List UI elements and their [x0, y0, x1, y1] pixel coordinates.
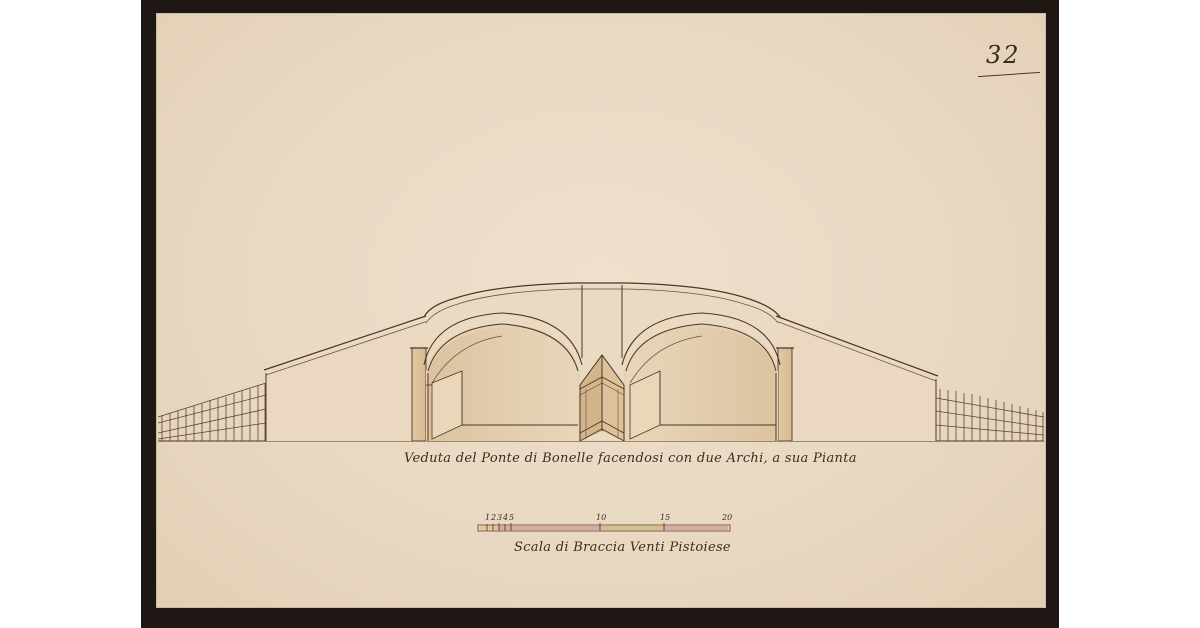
- scale-tick-3: 3: [497, 513, 502, 522]
- drawing-caption: Veduta del Ponte di Bonelle facendosi co…: [404, 451, 824, 466]
- right-palisade: [936, 389, 1044, 441]
- scale-tick-4: 4: [503, 513, 508, 522]
- scale-bar: [478, 523, 730, 531]
- right-abutment: [776, 348, 794, 441]
- left-palisade: [158, 383, 266, 441]
- scale-tick-15: 15: [660, 513, 670, 522]
- scale-tick-1: 1: [485, 513, 490, 522]
- right-approach-ramp: [776, 316, 938, 441]
- left-abutment: [410, 348, 428, 441]
- left-approach-ramp: [264, 316, 428, 441]
- scale-tick-5: 5: [509, 513, 514, 522]
- scale-label: Scala di Braccia Venti Pistoiese: [514, 540, 774, 555]
- scale-tick-20: 20: [722, 513, 732, 522]
- scale-tick-10: 10: [596, 513, 606, 522]
- paper-sheet: 32: [156, 13, 1046, 608]
- scale-tick-2: 2: [491, 513, 496, 522]
